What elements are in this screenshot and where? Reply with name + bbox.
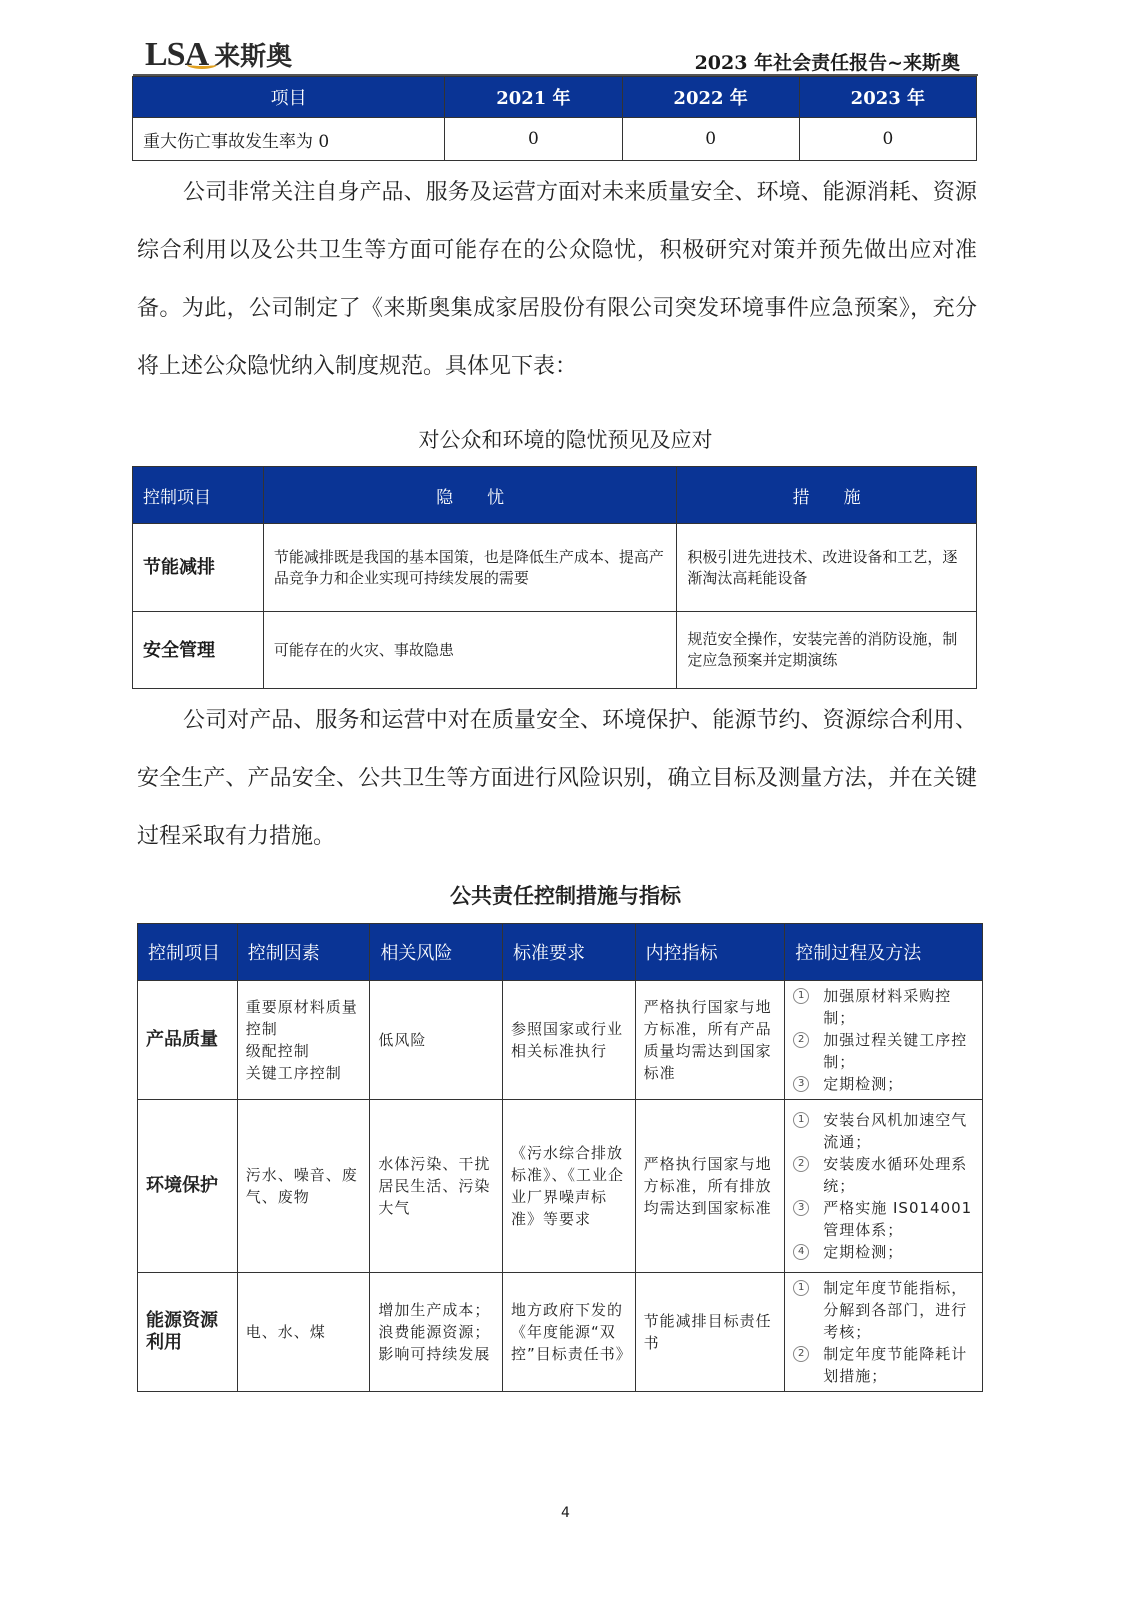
column-header: 措 施 (677, 467, 977, 524)
list-item: 3严格实施 IS014001 管理体系； (793, 1197, 974, 1241)
method-list: 1安装台风机加速空气流通； 2安装废水循环处理系统； 3严格实施 IS01400… (793, 1109, 974, 1263)
column-header: 2022 年 (622, 77, 799, 118)
column-header: 标准要求 (503, 924, 636, 981)
circled-number-icon: 4 (793, 1244, 809, 1260)
control-measures-table: 控制项目 控制因素 相关风险 标准要求 内控指标 控制过程及方法 产品质量 重要… (137, 923, 983, 1392)
table-cell: 严格执行国家与地方标准，所有排放均需达到国家标准 (635, 1100, 785, 1273)
logo-swoosh-icon (187, 60, 217, 69)
table-cell: 1制定年度节能指标，分解到各部门，进行考核； 2制定年度节能降耗计划措施； (785, 1273, 983, 1392)
row-header: 节能减排 (133, 524, 264, 612)
table-cell: 污水、噪音、废气、废物 (237, 1100, 370, 1273)
table-cell: 重大伤亡事故发生率为 0 (133, 118, 445, 161)
circled-number-icon: 3 (793, 1076, 809, 1092)
table-cell: 节能减排既是我国的基本国策，也是降低生产成本、提高产品竞争力和企业实现可持续发展… (263, 524, 677, 612)
factor-line: 关键工序控制 (246, 1062, 362, 1084)
factor-line: 重要原材料质量控制 (246, 996, 362, 1040)
column-header: 2021 年 (445, 77, 622, 118)
table-cell: 1安装台风机加速空气流通； 2安装废水循环处理系统； 3严格实施 IS01400… (785, 1100, 983, 1273)
table-cell: 严格执行国家与地方标准，所有产品质量均需达到国家标准 (635, 981, 785, 1100)
step-text: 安装台风机加速空气流通； (823, 1109, 974, 1153)
circled-number-icon: 1 (793, 1112, 809, 1128)
table-cell: 0 (799, 118, 976, 161)
table-cell: 1加强原材料采购控制； 2加强过程关键工序控制； 3定期检测； (785, 981, 983, 1100)
list-item: 2制定年度节能降耗计划措施； (793, 1343, 974, 1387)
row-header: 能源资源利用 (138, 1273, 238, 1392)
row-header: 环境保护 (138, 1100, 238, 1273)
table-cell: 0 (622, 118, 799, 161)
concern-table: 控制项目 隐 忧 措 施 节能减排 节能减排既是我国的基本国策，也是降低生产成本… (132, 466, 977, 689)
list-item: 3定期检测； (793, 1073, 974, 1095)
table-header-row: 控制项目 控制因素 相关风险 标准要求 内控指标 控制过程及方法 (138, 924, 983, 981)
paragraph-text: 公司非常关注自身产品、服务及运营方面对未来质量安全、环境、能源消耗、资源综合利用… (137, 180, 977, 379)
table-cell: 规范安全操作，安装完善的消防设施，制定应急预案并定期演练 (677, 612, 977, 689)
row-header: 产品质量 (138, 981, 238, 1100)
method-list: 1加强原材料采购控制； 2加强过程关键工序控制； 3定期检测； (793, 985, 974, 1095)
table-cell: 参照国家或行业相关标准执行 (503, 981, 636, 1100)
step-text: 定期检测； (823, 1241, 903, 1263)
step-text: 制定年度节能指标，分解到各部门，进行考核； (823, 1277, 974, 1343)
column-header: 2023 年 (799, 77, 976, 118)
circled-number-icon: 1 (793, 988, 809, 1004)
page-number: 4 (0, 1505, 1131, 1521)
table-cell: 地方政府下发的《年度能源“双控”目标责任书》 (503, 1273, 636, 1392)
table-cell: 增加生产成本；浪费能源资源；影响可持续发展 (370, 1273, 503, 1392)
table-row: 安全管理 可能存在的火灾、事故隐患 规范安全操作，安装完善的消防设施，制定应急预… (133, 612, 977, 689)
accident-rate-table: 项目 2021 年 2022 年 2023 年 重大伤亡事故发生率为 0 0 0… (132, 76, 977, 161)
column-header: 项目 (133, 77, 445, 118)
table-caption: 公共责任控制措施与指标 (0, 880, 1131, 910)
step-text: 严格实施 IS014001 管理体系； (823, 1197, 974, 1241)
step-text: 加强原材料采购控制； (823, 985, 974, 1029)
column-header: 控制过程及方法 (785, 924, 983, 981)
method-list: 1制定年度节能指标，分解到各部门，进行考核； 2制定年度节能降耗计划措施； (793, 1277, 974, 1387)
page-header: LSA 来斯奥 2023 年社会责任报告~来斯奥 (133, 34, 978, 74)
row-header: 安全管理 (133, 612, 264, 689)
table-cell: 重要原材料质量控制 级配控制 关键工序控制 (237, 981, 370, 1100)
table-row: 产品质量 重要原材料质量控制 级配控制 关键工序控制 低风险 参照国家或行业相关… (138, 981, 983, 1100)
table-cell: 《污水综合排放标准》、《工业企业厂界噪声标准》等要求 (503, 1100, 636, 1273)
report-title: 2023 年社会责任报告~来斯奥 (695, 48, 960, 75)
column-header: 内控指标 (635, 924, 785, 981)
table-cell: 低风险 (370, 981, 503, 1100)
table-cell: 可能存在的火灾、事故隐患 (263, 612, 677, 689)
circled-number-icon: 2 (793, 1156, 809, 1172)
table-cell: 水体污染、干扰居民生活、污染大气 (370, 1100, 503, 1273)
column-header: 控制项目 (133, 467, 264, 524)
table-caption: 对公众和环境的隐忧预见及应对 (0, 424, 1131, 454)
column-header: 控制因素 (237, 924, 370, 981)
table-header-row: 项目 2021 年 2022 年 2023 年 (133, 77, 977, 118)
list-item: 2加强过程关键工序控制； (793, 1029, 974, 1073)
paragraph-text: 公司对产品、服务和运营中对在质量安全、环境保护、能源节约、资源综合利用、安全生产… (137, 708, 977, 849)
paragraph-public-concerns: 公司非常关注自身产品、服务及运营方面对未来质量安全、环境、能源消耗、资源综合利用… (137, 164, 977, 396)
logo-chinese: 来斯奥 (214, 36, 292, 73)
list-item: 1安装台风机加速空气流通； (793, 1109, 974, 1153)
table-cell: 电、水、煤 (237, 1273, 370, 1392)
list-item: 1制定年度节能指标，分解到各部门，进行考核； (793, 1277, 974, 1343)
column-header: 隐 忧 (263, 467, 677, 524)
table-row: 环境保护 污水、噪音、废气、废物 水体污染、干扰居民生活、污染大气 《污水综合排… (138, 1100, 983, 1273)
table-row: 重大伤亡事故发生率为 0 0 0 0 (133, 118, 977, 161)
circled-number-icon: 2 (793, 1346, 809, 1362)
circled-number-icon: 3 (793, 1200, 809, 1216)
table-cell: 节能减排目标责任书 (635, 1273, 785, 1392)
step-text: 安装废水循环处理系统； (823, 1153, 974, 1197)
table-row: 节能减排 节能减排既是我国的基本国策，也是降低生产成本、提高产品竞争力和企业实现… (133, 524, 977, 612)
step-text: 加强过程关键工序控制； (823, 1029, 974, 1073)
list-item: 2安装废水循环处理系统； (793, 1153, 974, 1197)
circled-number-icon: 2 (793, 1032, 809, 1048)
table-cell: 积极引进先进技术、改进设备和工艺，逐渐淘汰高耗能设备 (677, 524, 977, 612)
list-item: 1加强原材料采购控制； (793, 985, 974, 1029)
table-header-row: 控制项目 隐 忧 措 施 (133, 467, 977, 524)
table-row: 能源资源利用 电、水、煤 增加生产成本；浪费能源资源；影响可持续发展 地方政府下… (138, 1273, 983, 1392)
step-text: 定期检测； (823, 1073, 903, 1095)
list-item: 4定期检测； (793, 1241, 974, 1263)
company-logo: LSA 来斯奥 (145, 36, 292, 74)
column-header: 相关风险 (370, 924, 503, 981)
column-header: 控制项目 (138, 924, 238, 981)
circled-number-icon: 1 (793, 1280, 809, 1296)
paragraph-risk-identification: 公司对产品、服务和运营中对在质量安全、环境保护、能源节约、资源综合利用、安全生产… (137, 692, 977, 866)
factor-line: 级配控制 (246, 1040, 362, 1062)
table-cell: 0 (445, 118, 622, 161)
step-text: 制定年度节能降耗计划措施； (823, 1343, 974, 1387)
